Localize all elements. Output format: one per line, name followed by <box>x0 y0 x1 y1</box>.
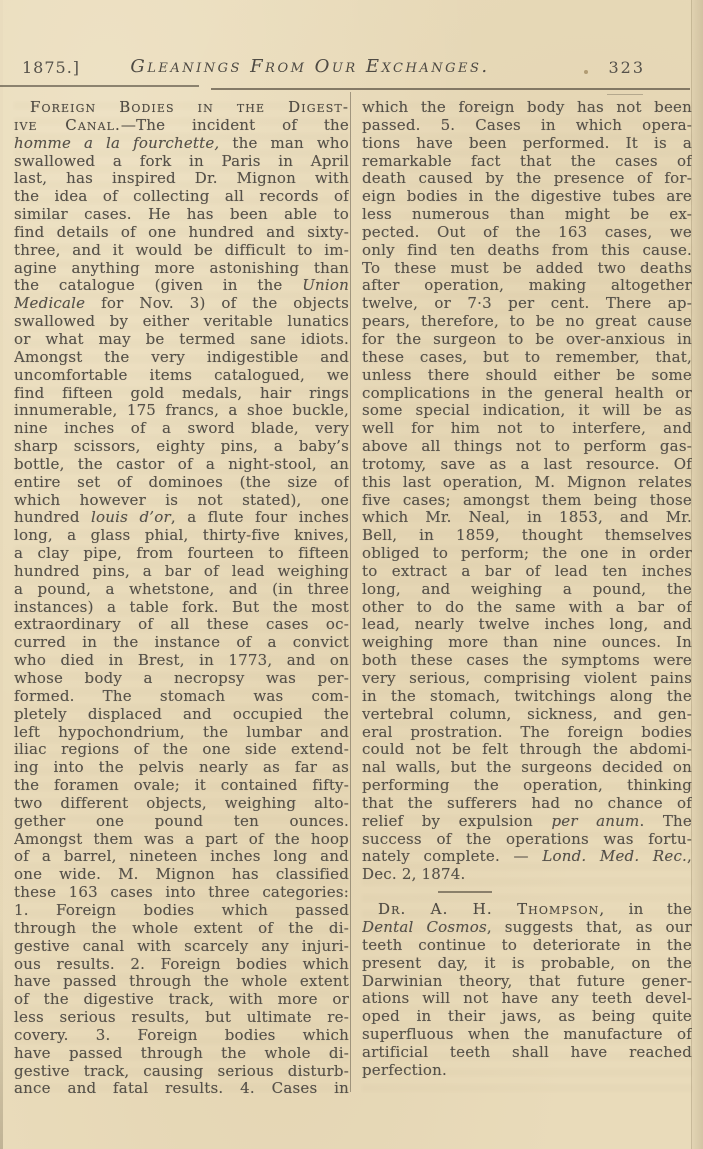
text-line: these cases, but to remember, that, <box>362 349 692 367</box>
text-segment: Darwinian theory, that future gener- <box>362 973 692 990</box>
text-segment: who died in Brest, in 1773, and on <box>14 652 349 669</box>
text-segment: similar cases. He has been able to <box>14 206 349 223</box>
text-line: Foreign Bodies in the Digest- <box>14 99 349 117</box>
text-segment: whose body a necropsy was per- <box>14 670 349 687</box>
text-line: ing into the pelvis nearly as far as <box>14 759 349 777</box>
text-line: remarkable fact that the cases of <box>362 153 692 171</box>
text-line: instances) a table fork. But the most <box>14 599 349 617</box>
text-line: perfection. <box>362 1062 692 1080</box>
left-column: Foreign Bodies in the Digest-ive Canal.—… <box>14 99 349 1098</box>
text-line: sharp scissors, eighty pins, a baby’s <box>14 438 349 456</box>
text-line: entire set of dominoes (the size of <box>14 474 349 492</box>
text-segment: find fifteen gold medals, hair rings <box>14 385 349 402</box>
text-line: Medicale for Nov. 3) of the objects <box>14 295 349 313</box>
text-segment: one wide. M. Mignon has classified <box>14 866 349 883</box>
text-segment: formed. The stomach was com- <box>14 688 349 705</box>
text-line: some special indication, it will be as <box>362 402 692 420</box>
text-segment: of the digestive track, with more or <box>14 991 349 1008</box>
text-segment: remarkable fact that the cases of <box>362 153 692 170</box>
text-line: curred in the instance of a convict <box>14 634 349 652</box>
text-segment: these cases, but to remember, that, <box>362 349 692 366</box>
text-line: Bell, in 1859, thought themselves <box>362 527 692 545</box>
text-line: ations will not have any teeth devel- <box>362 990 692 1008</box>
text-segment: complications in the general health or <box>362 385 692 402</box>
italic-text: louis d’or <box>91 509 171 526</box>
text-segment: less numerous than might be ex- <box>362 206 692 223</box>
italic-text: Dental Cosmos <box>362 919 487 936</box>
text-line: present day, it is probable, on the <box>362 955 692 973</box>
text-line: Dental Cosmos, suggests that, as our <box>362 919 692 937</box>
text-segment: a clay pipe, from fourteen to fifteen <box>14 545 349 562</box>
article-divider <box>438 891 492 893</box>
text-line: Darwinian theory, that future gener- <box>362 973 692 991</box>
text-line: pears, therefore, to be no great cause <box>362 313 692 331</box>
text-line: ous results. 2. Foreign bodies which <box>14 956 349 974</box>
text-line: or what may be termed sane idiots. <box>14 331 349 349</box>
text-segment: 1. Foreign bodies which passed <box>14 902 349 919</box>
text-segment: the man who <box>219 135 349 152</box>
text-segment: extraordinary of all these cases oc- <box>14 616 349 633</box>
small-caps-text: Dr. A. H. Thompson, <box>378 901 605 918</box>
text-segment: to extract a bar of lead ten inches <box>362 563 692 580</box>
text-segment: have passed through the whole di- <box>14 1045 349 1062</box>
text-line: superfluous when the manufacture of <box>362 1026 692 1044</box>
text-line: gestive track, causing serious disturb- <box>14 1063 349 1081</box>
text-line: of the digestive track, with more or <box>14 991 349 1009</box>
text-line: relief by expulsion per anum. The <box>362 813 692 831</box>
text-segment: sharp scissors, eighty pins, a baby’s <box>14 438 349 455</box>
text-segment: for Nov. 3) of the objects <box>85 295 349 312</box>
text-segment: obliged to perform; the one in order <box>362 545 692 562</box>
text-segment: nately complete. — <box>362 848 542 865</box>
text-line: have passed through the whole di- <box>14 1045 349 1063</box>
text-line: left hypochondrium, the lumbar and <box>14 724 349 742</box>
text-segment: success of the operations was fortu- <box>362 831 692 848</box>
text-line: To these must be added two deaths <box>362 260 692 278</box>
text-line: very serious, comprising violent pains <box>362 670 692 688</box>
italic-text: Union <box>302 277 349 294</box>
text-line: gestive canal with scarcely any injuri- <box>14 938 349 956</box>
text-segment: Amongst the very indigestible and <box>14 349 349 366</box>
text-segment: some special indication, it will be as <box>362 402 692 419</box>
text-line: after operation, making altogether <box>362 277 692 295</box>
text-line: weighing more than nine ounces. In <box>362 634 692 652</box>
text-segment: gestive canal with scarcely any injuri- <box>14 938 349 955</box>
text-segment: performing the operation, thinking <box>362 777 692 794</box>
text-segment: death caused by the presence of for- <box>362 170 692 187</box>
text-line: lead, nearly twelve inches long, and <box>362 616 692 634</box>
text-line: homme a la fourchette, the man who <box>14 135 349 153</box>
text-line: vertebral column, sickness, and gen- <box>362 706 692 724</box>
text-segment: could not be felt through the abdomi- <box>362 741 692 758</box>
text-line: covery. 3. Foreign bodies which <box>14 1027 349 1045</box>
text-line: performing the operation, thinking <box>362 777 692 795</box>
text-segment: find details of one hundred and sixty- <box>14 224 349 241</box>
text-segment: instances) a table fork. But the most <box>14 599 349 616</box>
text-segment: Dec. 2, 1874. <box>362 866 465 883</box>
page-number: 323 <box>608 58 645 77</box>
text-segment: teeth continue to deteriorate in the <box>362 937 692 954</box>
header-rule-left <box>0 85 199 87</box>
text-segment: other to do the same with a bar of <box>362 599 692 616</box>
text-segment: last, has inspired Dr. Mignon with <box>14 170 349 187</box>
text-segment: passed. 5. Cases in which opera- <box>362 117 692 134</box>
text-segment: iliac regions of the one side extend- <box>14 741 349 758</box>
text-segment: agine anything more astonishing than <box>14 260 349 277</box>
text-line: oped in their jaws, as being quite <box>362 1008 692 1026</box>
text-segment: pletely displaced and occupied the <box>14 706 349 723</box>
text-segment: To these must be added two deaths <box>362 260 692 277</box>
text-line: the foramen ovale; it contained fifty- <box>14 777 349 795</box>
column-divider-rule <box>350 92 351 1092</box>
text-line: five cases; amongst them being those <box>362 492 692 510</box>
text-line: to extract a bar of lead ten inches <box>362 563 692 581</box>
text-line: which however is not stated), one <box>14 492 349 510</box>
text-line: teeth continue to deteriorate in the <box>362 937 692 955</box>
text-segment: gether one pound ten ounces. <box>14 813 349 830</box>
italic-text: homme a la fourchette, <box>14 135 219 152</box>
text-line: these 163 cases into three categories: <box>14 884 349 902</box>
text-segment: which the foreign body has not been <box>362 99 692 116</box>
text-segment: superfluous when the manufacture of <box>362 1026 692 1043</box>
text-segment: two different objects, weighing alto- <box>14 795 349 812</box>
text-segment: in the stomach, twitchings along the <box>362 688 692 705</box>
text-line: last, has inspired Dr. Mignon with <box>14 170 349 188</box>
text-segment: —The incident of the <box>121 117 349 134</box>
text-segment: . The <box>639 813 692 830</box>
page-number-rule <box>607 94 643 95</box>
text-line: two different objects, weighing alto- <box>14 795 349 813</box>
text-segment: pears, therefore, to be no great cause <box>362 313 692 330</box>
text-line: both these cases the symptoms were <box>362 652 692 670</box>
text-line: the catalogue (given in the Union <box>14 277 349 295</box>
text-line: whose body a necropsy was per- <box>14 670 349 688</box>
text-segment: long, a glass phial, thirty-five knives, <box>14 527 349 544</box>
text-segment: pected. Out of the 163 cases, we <box>362 224 692 241</box>
text-line: obliged to perform; the one in order <box>362 545 692 563</box>
small-caps-text: Foreign Bodies in the Digest- <box>30 99 349 116</box>
text-segment: both these cases the symptoms were <box>362 652 692 669</box>
text-line: nately complete. — Lond. Med. Rec., <box>362 848 692 866</box>
text-line: Amongst them was a part of the hoop <box>14 831 349 849</box>
text-line: extraordinary of all these cases oc- <box>14 616 349 634</box>
text-line: innumerable, 175 francs, a shoe buckle, <box>14 402 349 420</box>
text-segment: or what may be termed sane idiots. <box>14 331 349 348</box>
text-line: Dr. A. H. Thompson, in the <box>362 901 692 919</box>
text-line: in the stomach, twitchings along the <box>362 688 692 706</box>
text-line: three, and it would be difficult to im- <box>14 242 349 260</box>
text-segment: tions have been performed. It is a <box>362 135 692 152</box>
page-right-edge-shadow <box>691 0 703 1149</box>
text-line: agine anything more astonishing than <box>14 260 349 278</box>
text-segment: weighing more than nine ounces. In <box>362 634 692 651</box>
text-line: swallowed by either veritable lunatics <box>14 313 349 331</box>
text-segment: the idea of collecting all records of <box>14 188 349 205</box>
text-segment: twelve, or 7·3 per cent. There ap- <box>362 295 692 312</box>
text-segment: , a flute four inches <box>171 509 349 526</box>
text-line: the idea of collecting all records of <box>14 188 349 206</box>
text-segment: a pound, a whetstone, and (in three <box>14 581 349 598</box>
text-line: unless there should either be some <box>362 367 692 385</box>
text-line: swallowed a fork in Paris in April <box>14 153 349 171</box>
text-line: eign bodies in the digestive tubes are <box>362 188 692 206</box>
text-line: 1. Foreign bodies which passed <box>14 902 349 920</box>
text-line: this last operation, M. Mignon relates <box>362 474 692 492</box>
text-line: trotomy, save as a last resource. Of <box>362 456 692 474</box>
text-line: other to do the same with a bar of <box>362 599 692 617</box>
text-segment: these 163 cases into three categories: <box>14 884 349 901</box>
text-segment: uncomfortable items catalogued, we <box>14 367 349 384</box>
text-line: less serious results, but ultimate re- <box>14 1009 349 1027</box>
text-segment: relief by expulsion <box>362 813 551 830</box>
text-segment: nal walls, but the surgeons decided on <box>362 759 692 776</box>
text-segment: perfection. <box>362 1062 447 1079</box>
text-line: bottle, the castor of a night-stool, an <box>14 456 349 474</box>
text-line: similar cases. He has been able to <box>14 206 349 224</box>
text-segment: that the sufferers had no chance of <box>362 795 692 812</box>
text-segment: ance and fatal results. 4. Cases in <box>14 1080 349 1097</box>
text-line: less numerous than might be ex- <box>362 206 692 224</box>
text-line: find details of one hundred and sixty- <box>14 224 349 242</box>
text-segment: above all things not to perform gas- <box>362 438 692 455</box>
text-line: uncomfortable items catalogued, we <box>14 367 349 385</box>
text-segment: innumerable, 175 francs, a shoe buckle, <box>14 402 349 419</box>
text-line: gether one pound ten ounces. <box>14 813 349 831</box>
text-segment: swallowed a fork in Paris in April <box>14 153 349 170</box>
text-segment: oped in their jaws, as being quite <box>362 1008 692 1025</box>
text-line: artificial teeth shall have reached <box>362 1044 692 1062</box>
text-line: Amongst the very indigestible and <box>14 349 349 367</box>
text-segment: through the whole extent of the di- <box>14 920 349 937</box>
text-segment: the catalogue (given in the <box>14 277 302 294</box>
text-segment: three, and it would be difficult to im- <box>14 242 349 259</box>
text-segment: unless there should either be some <box>362 367 692 384</box>
text-segment: ations will not have any teeth devel- <box>362 990 692 1007</box>
text-segment: which however is not stated), one <box>14 492 349 509</box>
text-segment: well for him not to interfere, and <box>362 420 692 437</box>
text-segment: present day, it is probable, on the <box>362 955 692 972</box>
text-line: a clay pipe, from fourteen to fifteen <box>14 545 349 563</box>
text-segment: vertebral column, sickness, and gen- <box>362 706 692 723</box>
text-segment: in the <box>605 901 692 918</box>
text-segment: ing into the pelvis nearly as far as <box>14 759 349 776</box>
text-line: of a barrel, nineteen inches long and <box>14 848 349 866</box>
text-line: complications in the general health or <box>362 385 692 403</box>
text-segment: of a barrel, nineteen inches long and <box>14 848 349 865</box>
italic-text: per anum <box>551 813 639 830</box>
text-segment: trotomy, save as a last resource. Of <box>362 456 692 473</box>
text-segment: less serious results, but ultimate re- <box>14 1009 349 1026</box>
text-segment: long, and weighing a pound, the <box>362 581 692 598</box>
text-line: hundred louis d’or, a flute four inches <box>14 509 349 527</box>
text-segment: for the surgeon to be over-anxious in <box>362 331 692 348</box>
text-segment: have passed through the whole extent <box>14 973 349 990</box>
text-segment: artificial teeth shall have reached <box>362 1044 692 1061</box>
text-segment: curred in the instance of a convict <box>14 634 349 651</box>
text-segment: five cases; amongst them being those <box>362 492 692 509</box>
text-segment: , suggests that, as our <box>487 919 692 936</box>
text-segment: swallowed by either veritable lunatics <box>14 313 349 330</box>
text-line: iliac regions of the one side extend- <box>14 741 349 759</box>
text-segment: ous results. 2. Foreign bodies which <box>14 956 349 973</box>
text-segment: Bell, in 1859, thought themselves <box>362 527 692 544</box>
text-line: eral prostration. The foreign bodies <box>362 724 692 742</box>
text-line: ance and fatal results. 4. Cases in <box>14 1080 349 1098</box>
text-line: death caused by the presence of for- <box>362 170 692 188</box>
text-segment: very serious, comprising violent pains <box>362 670 692 687</box>
text-segment: eral prostration. The foreign bodies <box>362 724 692 741</box>
text-segment: only find ten deaths from this cause. <box>362 242 692 259</box>
text-line: ive Canal.—The incident of the <box>14 117 349 135</box>
text-line: long, and weighing a pound, the <box>362 581 692 599</box>
text-line: Dec. 2, 1874. <box>362 866 692 884</box>
text-segment: nine inches of a sword blade, very <box>14 420 349 437</box>
text-line: nal walls, but the surgeons decided on <box>362 759 692 777</box>
text-segment: lead, nearly twelve inches long, and <box>362 616 692 633</box>
text-line: which Mr. Neal, in 1853, and Mr. <box>362 509 692 527</box>
text-line: success of the operations was fortu- <box>362 831 692 849</box>
text-segment: hundred pins, a bar of lead weighing <box>14 563 349 580</box>
text-line: tions have been performed. It is a <box>362 135 692 153</box>
text-segment: after operation, making altogether <box>362 277 692 294</box>
ink-spot <box>584 70 588 74</box>
small-caps-text: ive Canal. <box>14 117 121 134</box>
text-line: nine inches of a sword blade, very <box>14 420 349 438</box>
text-line: through the whole extent of the di- <box>14 920 349 938</box>
text-line: formed. The stomach was com- <box>14 688 349 706</box>
text-line: above all things not to perform gas- <box>362 438 692 456</box>
text-segment: which Mr. Neal, in 1853, and Mr. <box>362 509 692 526</box>
running-head-title: Gleanings From Our Exchanges. <box>130 56 490 77</box>
text-segment: covery. 3. Foreign bodies which <box>14 1027 349 1044</box>
text-line: which the foreign body has not been <box>362 99 692 117</box>
text-segment: bottle, the castor of a night-stool, an <box>14 456 349 473</box>
journal-page: 1875.] Gleanings From Our Exchanges. 323… <box>0 0 703 1149</box>
text-line: find fifteen gold medals, hair rings <box>14 385 349 403</box>
text-line: that the sufferers had no chance of <box>362 795 692 813</box>
italic-text: Lond. Med. Rec. <box>542 848 687 865</box>
text-line: only find ten deaths from this cause. <box>362 242 692 260</box>
text-line: one wide. M. Mignon has classified <box>14 866 349 884</box>
right-column: which the foreign body has not beenpasse… <box>362 99 692 1080</box>
text-segment: eign bodies in the digestive tubes are <box>362 188 692 205</box>
text-line: have passed through the whole extent <box>14 973 349 991</box>
header-year: 1875.] <box>22 58 80 77</box>
text-line: pletely displaced and occupied the <box>14 706 349 724</box>
text-line: well for him not to interfere, and <box>362 420 692 438</box>
text-segment: gestive track, causing serious disturb- <box>14 1063 349 1080</box>
text-line: passed. 5. Cases in which opera- <box>362 117 692 135</box>
text-segment: hundred <box>14 509 91 526</box>
italic-text: Medicale <box>14 295 85 312</box>
text-line: hundred pins, a bar of lead weighing <box>14 563 349 581</box>
text-line: a pound, a whetstone, and (in three <box>14 581 349 599</box>
page-left-edge-shadow <box>0 0 3 1149</box>
header-rule-right <box>211 88 690 90</box>
text-segment: the foramen ovale; it contained fifty- <box>14 777 349 794</box>
text-segment: Amongst them was a part of the hoop <box>14 831 349 848</box>
text-segment: entire set of dominoes (the size of <box>14 474 349 491</box>
text-line: long, a glass phial, thirty-five knives, <box>14 527 349 545</box>
text-line: pected. Out of the 163 cases, we <box>362 224 692 242</box>
text-line: who died in Brest, in 1773, and on <box>14 652 349 670</box>
text-line: could not be felt through the abdomi- <box>362 741 692 759</box>
text-segment: this last operation, M. Mignon relates <box>362 474 692 491</box>
text-line: for the surgeon to be over-anxious in <box>362 331 692 349</box>
text-segment: left hypochondrium, the lumbar and <box>14 724 349 741</box>
text-line: twelve, or 7·3 per cent. There ap- <box>362 295 692 313</box>
